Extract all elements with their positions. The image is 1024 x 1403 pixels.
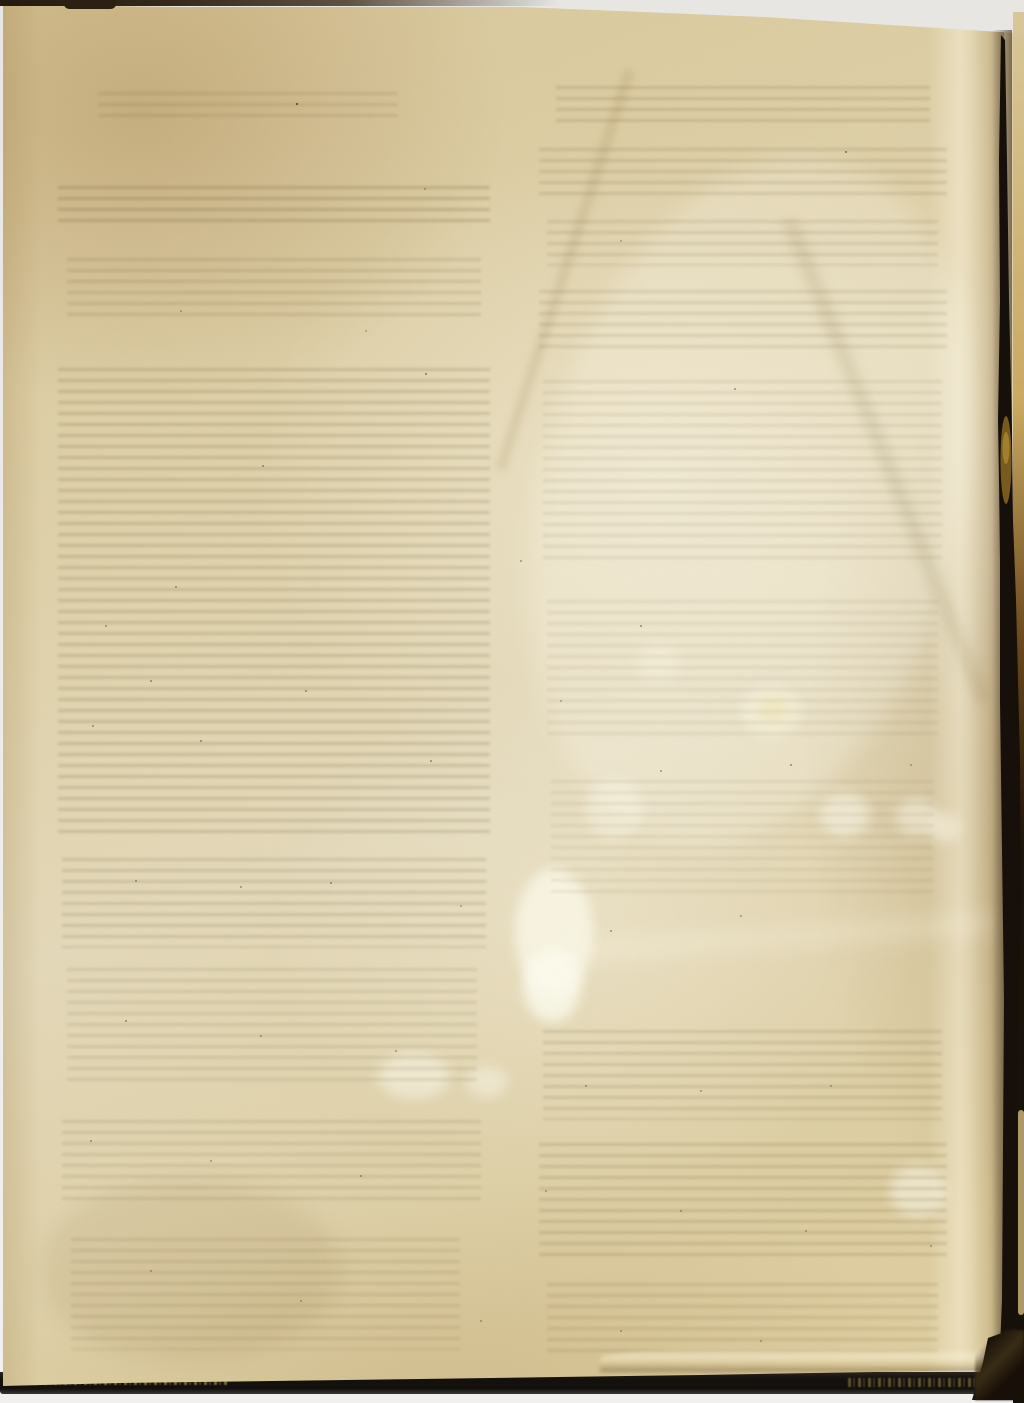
paper-grain-texture [0, 0, 1024, 1403]
bottom-right-corner-shadow [975, 1330, 1024, 1400]
top-edge-shadow-line [0, 0, 560, 6]
paper-sheet [0, 0, 1024, 1403]
page-curl-highlight [600, 1346, 1012, 1372]
